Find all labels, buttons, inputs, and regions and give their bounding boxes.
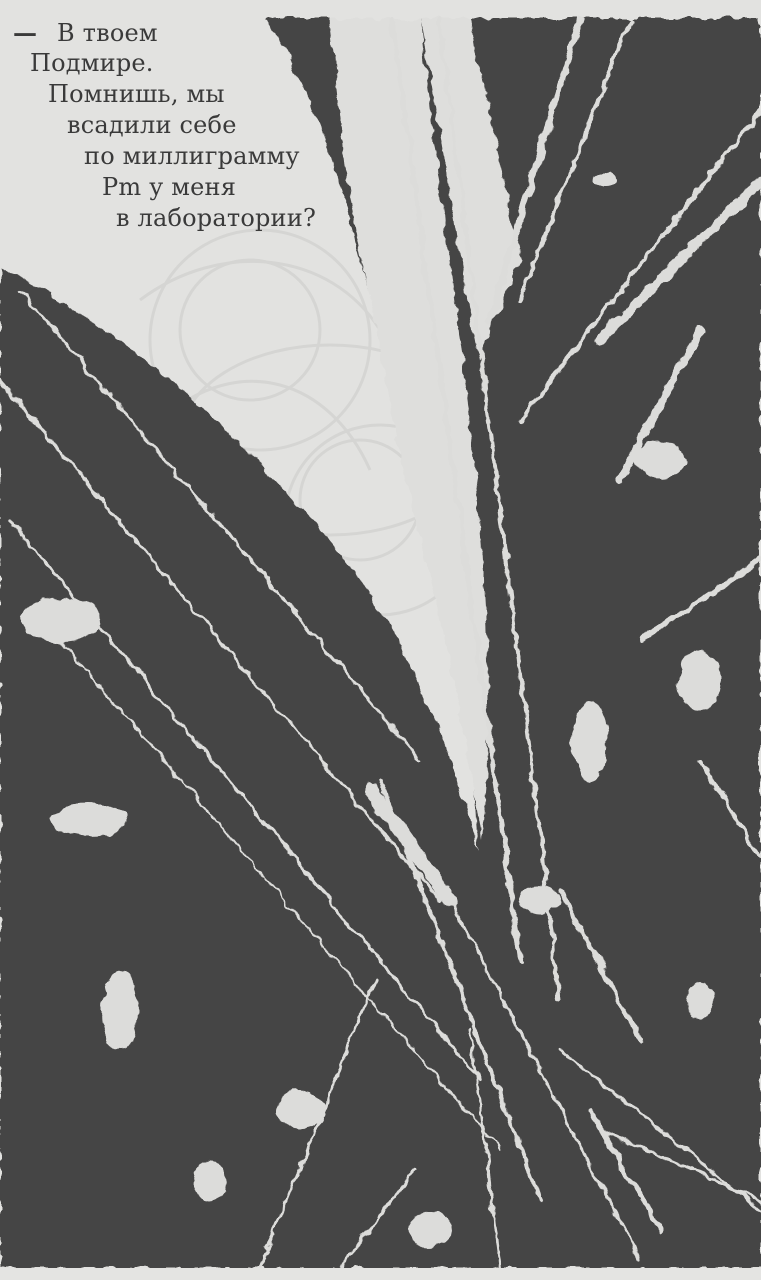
dialogue-dash: — [13,18,37,48]
dialogue-line: Pm у меня [102,172,236,202]
book-page: — В твоем Подмире. Помнишь, мы всадили с… [0,0,761,1280]
dialogue-line: Подмире. [30,48,154,78]
dialogue-line: по миллиграмму [84,141,300,171]
dialogue-line: всадили себе [67,110,237,140]
dialogue-line: Помнишь, мы [48,79,225,109]
dialogue-line: в лаборатории? [116,203,316,233]
dialogue-line: В твоем [57,18,158,48]
